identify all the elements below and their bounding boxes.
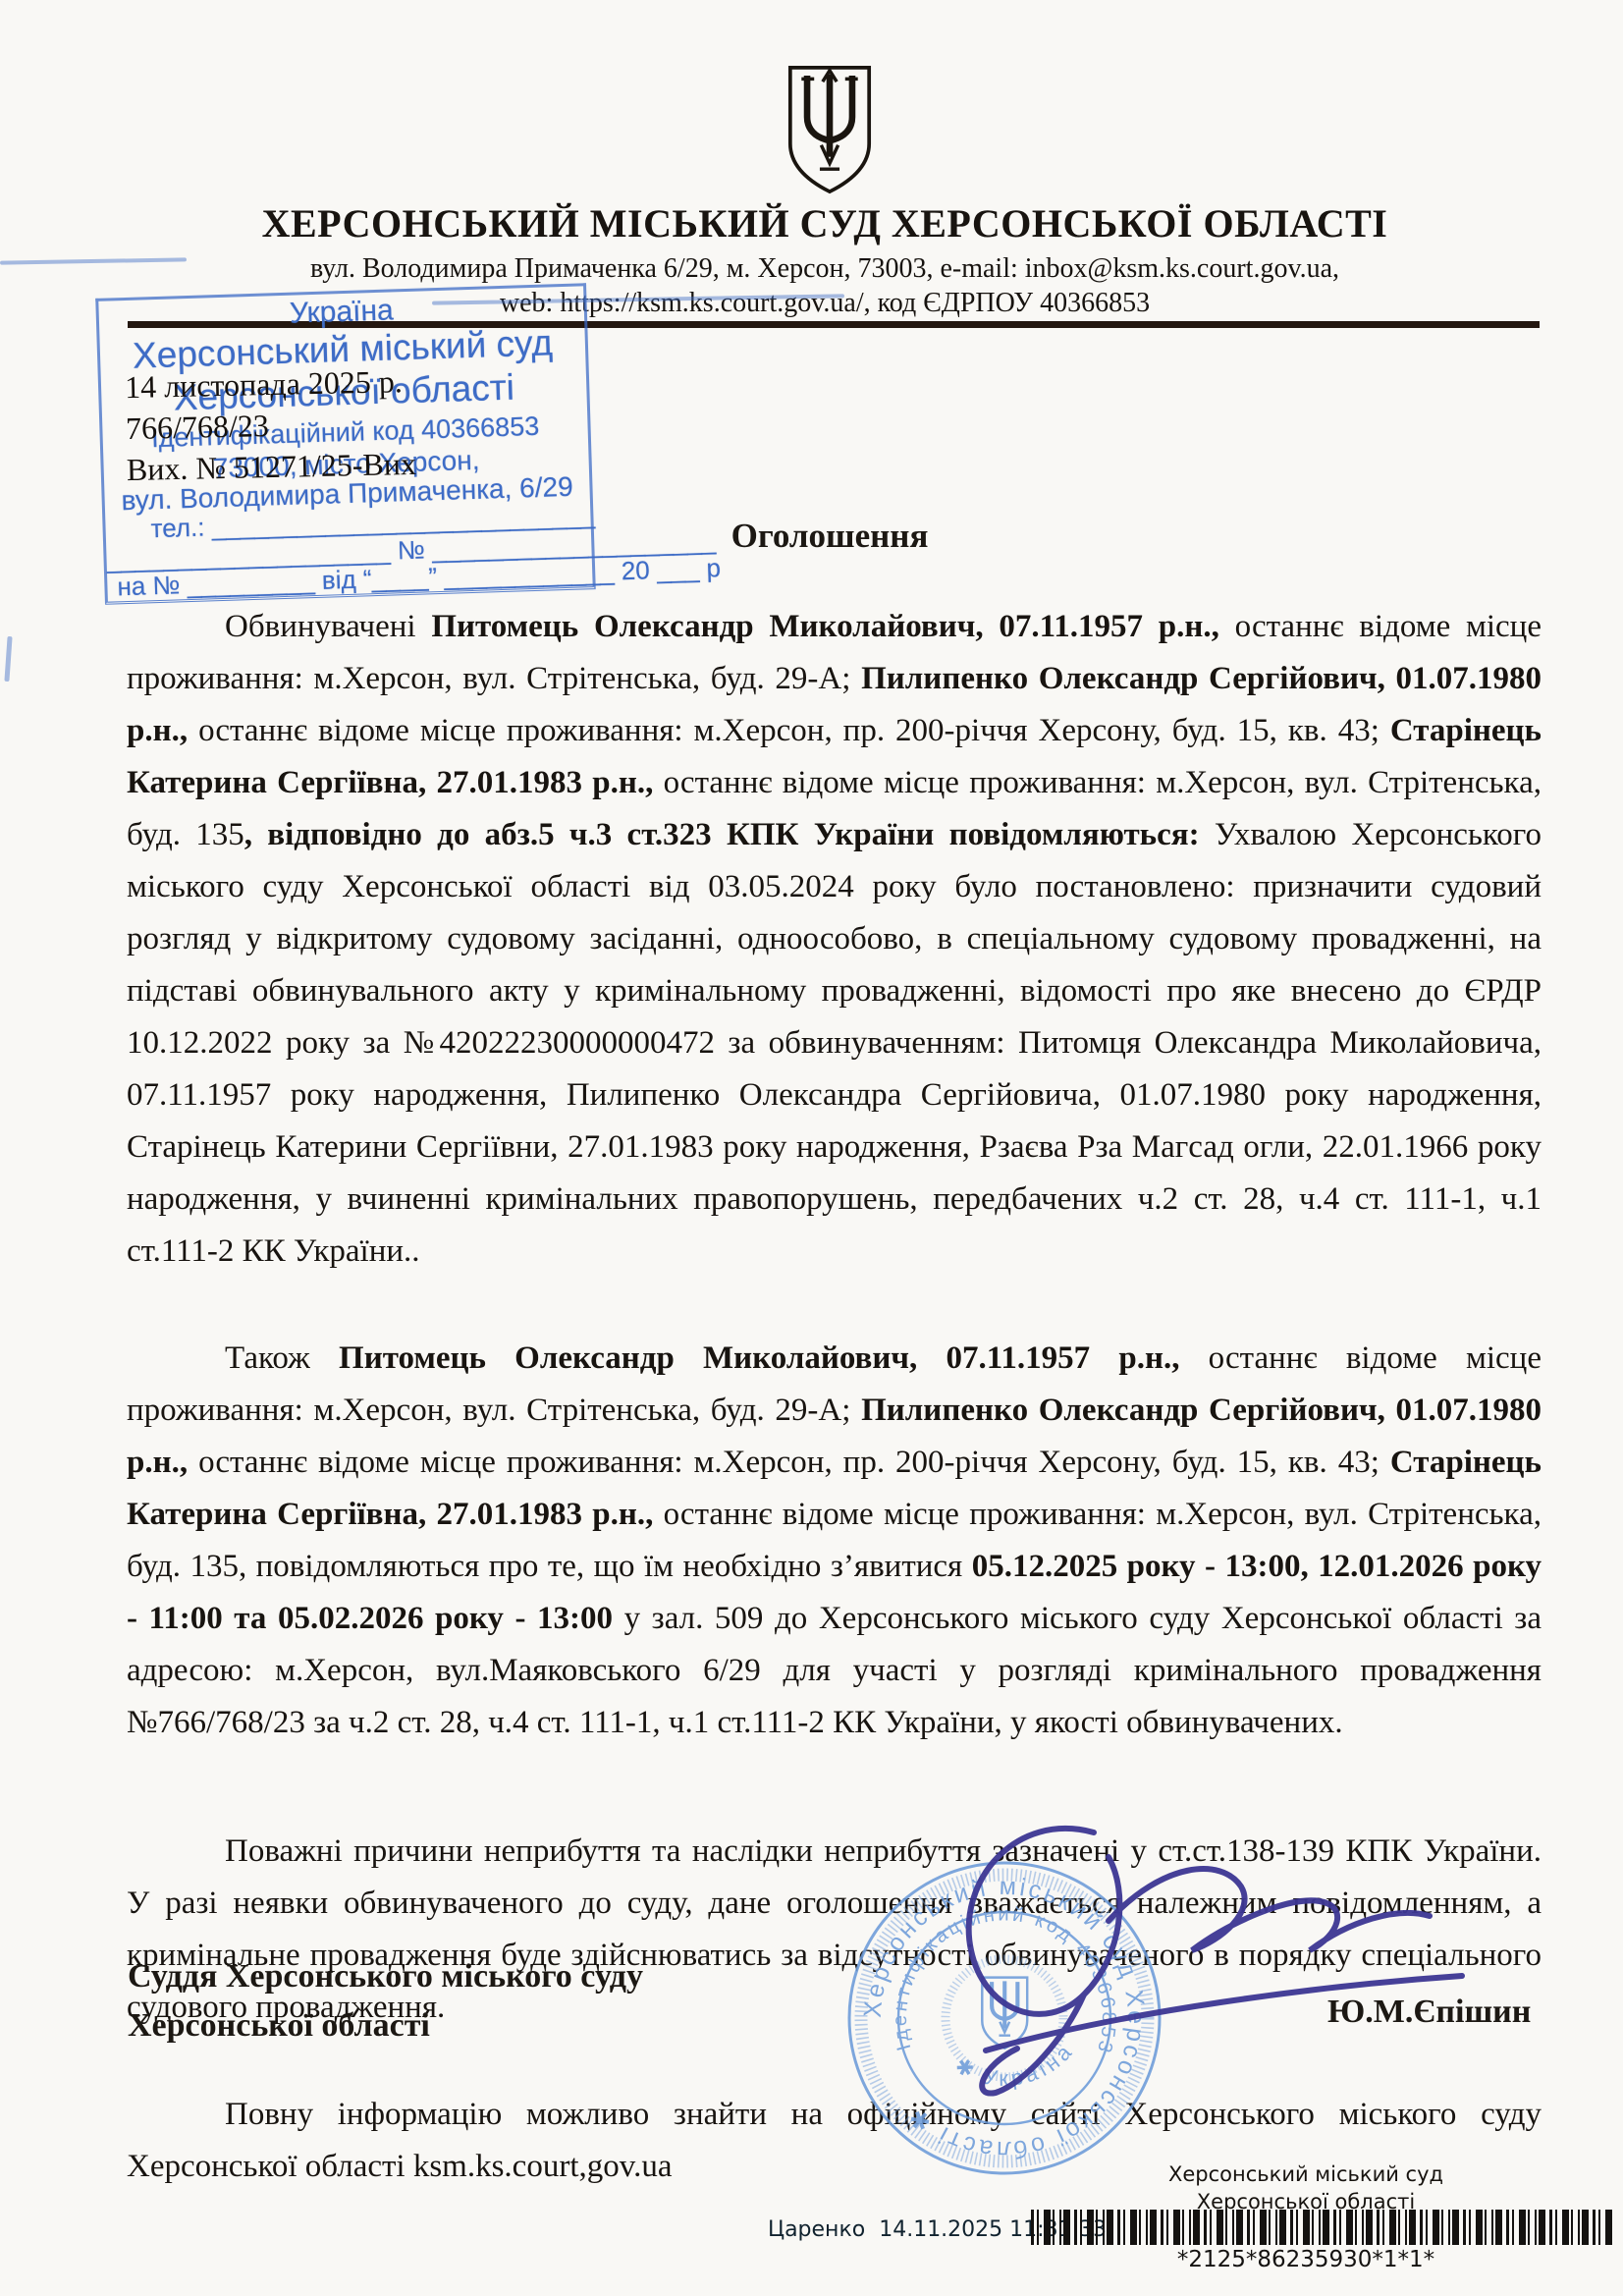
operator-name: Царенко [768,2217,865,2242]
judge-signature-icon [927,1803,1477,2117]
judge-title-line1: Суддя Херсонського міського суду [128,1952,643,2001]
court-name-heading: ХЕРСОНСЬКИЙ МІСЬКИЙ СУД ХЕРСОНСЬКОЇ ОБЛА… [0,200,1623,246]
judge-title-line2: Херсонської області [128,2001,643,2050]
ink-smudge [4,636,12,682]
coat-of-arms-icon [783,65,877,194]
judge-name: Ю.М.Єпішин [1327,1994,1531,2031]
outgoing-block: 14 листопада 2025 р. 766/768/23 Вих. № 5… [125,360,417,490]
judge-title: Суддя Херсонського міського суду Херсонс… [128,1952,643,2050]
outgoing-date: 14 листопада 2025 р. [125,360,415,408]
footer-court-name: Херсонський міський суд Херсонської обла… [1100,2160,1512,2215]
paragraph-summons: Також Питомець Олександр Миколайович, 07… [127,1333,1542,1749]
barcode [1031,2210,1614,2245]
paragraph-accusation: Обвинувачені Питомець Олександр Миколайо… [127,601,1542,1278]
document-title: Оголошення [0,517,1623,556]
footer-court-line1: Херсонський міський суд [1100,2160,1512,2188]
court-address-line1: вул. Володимира Примаченка 6/29, м. Херс… [0,253,1623,285]
document-page: ХЕРСОНСЬКИЙ МІСЬКИЙ СУД ХЕРСОНСЬКОЇ ОБЛА… [0,0,1623,2296]
case-number: 766/768/23 [126,402,416,449]
outgoing-number: Вих. № 51271/25-Вих [126,443,416,490]
barcode-text: *2125*86235930*1*1* [1100,2247,1512,2272]
